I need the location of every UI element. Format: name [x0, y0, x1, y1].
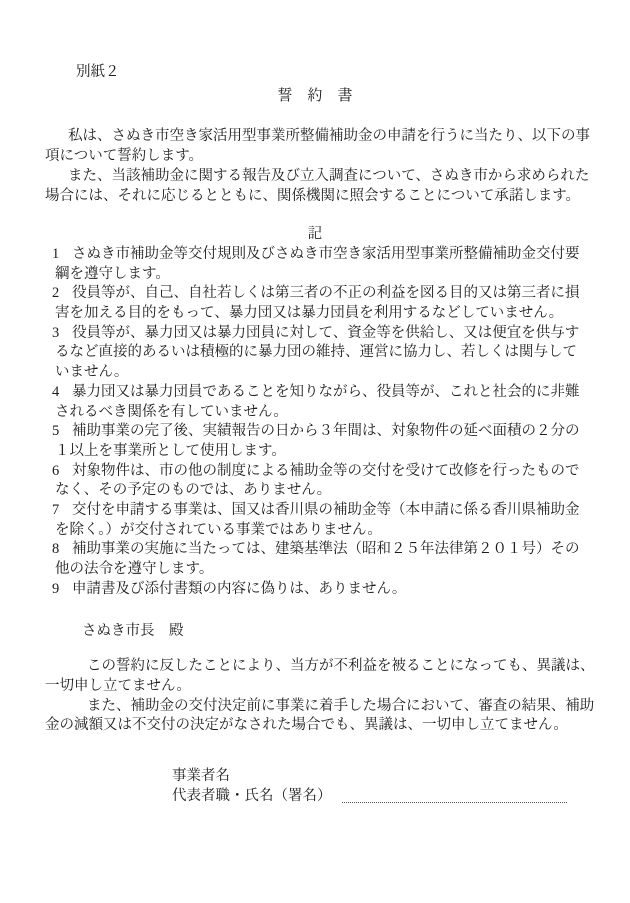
list-item-text: 交付を申請する事業は、国又は香川県の補助金等（本申請に係る香川県補助金 [72, 502, 580, 518]
list-item-first-line: 4暴力団又は暴力団員であることを知りながら、役員等が、これと社会的に非難 [52, 383, 585, 403]
list-item-number: 6 [52, 462, 72, 482]
pledge-list: 1さぬき市補助金等交付規則及びさぬき市空き家活用型事業所整備補助金交付要 綱を遵… [45, 245, 585, 600]
list-heading: 記 [45, 225, 585, 245]
list-item: 6対象物件は、市の他の制度による補助金等の交付を受けて改修を行ったもので なく、… [45, 462, 585, 501]
list-item-first-line: 8補助事業の実施に当たっては、建築基準法（昭和２５年法律第２０１号）その [52, 540, 585, 560]
list-item: 1さぬき市補助金等交付規則及びさぬき市空き家活用型事業所整備補助金交付要 綱を遵… [45, 245, 585, 284]
list-item-number: 8 [52, 540, 72, 560]
list-item-text: 役員等が、暴力団又は暴力団員に対して、資金等を供給し、又は便宜を供与す [72, 325, 579, 341]
list-item: 4暴力団又は暴力団員であることを知りながら、役員等が、これと社会的に非難 される… [45, 383, 585, 422]
list-item: 8補助事業の実施に当たっては、建築基準法（昭和２５年法律第２０１号）その 他の法… [45, 540, 585, 579]
list-item-text: 役員等が、自己、自社若しくは第三者の不正の利益を図る目的又は第三者に損 [72, 285, 580, 301]
list-item-number: 1 [52, 245, 72, 265]
closing-line: 一切申し立てません。 [45, 677, 585, 697]
list-item-cont-line: なく、その予定のものでは、ありません。 [55, 481, 585, 501]
list-item-text: 補助事業の完了後、実績報告の日から３年間は、対象物件の延べ面積の２分の [72, 423, 580, 439]
list-item: 5補助事業の完了後、実績報告の日から３年間は、対象物件の延べ面積の２分の １以上… [45, 422, 585, 461]
list-item-first-line: 7交付を申請する事業は、国又は香川県の補助金等（本申請に係る香川県補助金 [52, 501, 585, 521]
list-item-number: 4 [52, 383, 72, 403]
representative-row: 代表者職・氏名 （署名） [45, 787, 585, 807]
business-name-label: 事業者名 [45, 767, 585, 787]
list-item-cont-line: 害を加える目的をもって、暴力団又は暴力団員を利用するなどしていません。 [55, 304, 585, 324]
list-item-cont-line: １以上を事業所として使用します。 [55, 442, 585, 462]
list-item-text: さぬき市補助金等交付規則及びさぬき市空き家活用型事業所整備補助金交付要 [72, 246, 580, 262]
list-item-cont-line: いません。 [55, 363, 585, 383]
intro-line: また、当該補助金に関する報告及び立入調査について、さぬき市から求められた [45, 167, 585, 187]
list-item-number: 5 [52, 422, 72, 442]
representative-label: 代表者職・氏名 [172, 787, 274, 807]
list-item-cont-line: 他の法令を遵守します。 [55, 560, 585, 580]
closing-section: この誓約に反したことにより、当方が不利益を被ることになっても、異議は、 一切申し… [45, 657, 585, 736]
list-item-first-line: 6対象物件は、市の他の制度による補助金等の交付を受けて改修を行ったもので [52, 462, 585, 482]
intro-line: 私は、さぬき市空き家活用型事業所整備補助金の申請を行うに当たり、以下の事 [45, 127, 585, 147]
document-title: 誓 約 書 [45, 87, 585, 107]
list-item-cont-line: るなど直接的あるいは積極的に暴力団の維持、運営に協力し、若しくは関与して [55, 343, 585, 363]
list-item-text: 対象物件は、市の他の制度による補助金等の交付を受けて改修を行ったもので [72, 463, 580, 479]
closing-line: 金の減額又は不交付の決定がなされた場合でも、異議は、一切申し立てません。 [45, 716, 585, 736]
list-item-text: 補助事業の実施に当たっては、建築基準法（昭和２５年法律第２０１号）その [72, 541, 580, 557]
addressee: さぬき市長 殿 [45, 622, 585, 642]
list-item-first-line: 1さぬき市補助金等交付規則及びさぬき市空き家活用型事業所整備補助金交付要 [52, 245, 585, 265]
signature-dotted-line [342, 802, 568, 803]
intro-section: 私は、さぬき市空き家活用型事業所整備補助金の申請を行うに当たり、以下の事 項につ… [45, 127, 585, 206]
document-page: 別紙２ 誓 約 書 私は、さぬき市空き家活用型事業所整備補助金の申請を行うに当た… [0, 0, 630, 903]
list-item-cont-line: を除く。）が交付されている事業ではありません。 [55, 521, 585, 541]
closing-line: また、補助金の交付決定前に事業に着手した場合において、審査の結果、補助 [45, 697, 585, 717]
list-item-text: 暴力団又は暴力団員であることを知りながら、役員等が、これと社会的に非難 [72, 384, 580, 400]
list-item-number: 9 [52, 580, 72, 600]
list-item-number: 2 [52, 284, 72, 304]
signature-section: 事業者名 代表者職・氏名 （署名） [45, 767, 585, 806]
list-item-first-line: 3役員等が、暴力団又は暴力団員に対して、資金等を供給し、又は便宜を供与す [52, 324, 585, 344]
list-item-text: 申請書及び添付書類の内容に偽りは、ありません。 [72, 581, 406, 597]
intro-line: 場合には、それに応じるとともに、関係機関に照会することについて承諾します。 [45, 187, 585, 207]
intro-line: 項について誓約します。 [45, 147, 585, 167]
list-item-cont-line: されるべき関係を有していません。 [55, 403, 585, 423]
list-item: 2役員等が、自己、自社若しくは第三者の不正の利益を図る目的又は第三者に損 害を加… [45, 284, 585, 323]
list-item-first-line: 9申請書及び添付書類の内容に偽りは、ありません。 [52, 580, 585, 600]
attachment-label: 別紙２ [76, 63, 585, 83]
list-item: 9申請書及び添付書類の内容に偽りは、ありません。 [45, 580, 585, 600]
list-item-number: 7 [52, 501, 72, 521]
list-item-cont-line: 綱を遵守します。 [55, 265, 585, 285]
closing-line: この誓約に反したことにより、当方が不利益を被ることになっても、異議は、 [45, 657, 585, 677]
list-item: 3役員等が、暴力団又は暴力団員に対して、資金等を供給し、又は便宜を供与す るなど… [45, 324, 585, 383]
list-item-number: 3 [52, 324, 72, 344]
list-item-first-line: 5補助事業の完了後、実績報告の日から３年間は、対象物件の延べ面積の２分の [52, 422, 585, 442]
list-item: 7交付を申請する事業は、国又は香川県の補助金等（本申請に係る香川県補助金 を除く… [45, 501, 585, 540]
list-item-first-line: 2役員等が、自己、自社若しくは第三者の不正の利益を図る目的又は第三者に損 [52, 284, 585, 304]
signature-label: （署名） [274, 787, 332, 807]
